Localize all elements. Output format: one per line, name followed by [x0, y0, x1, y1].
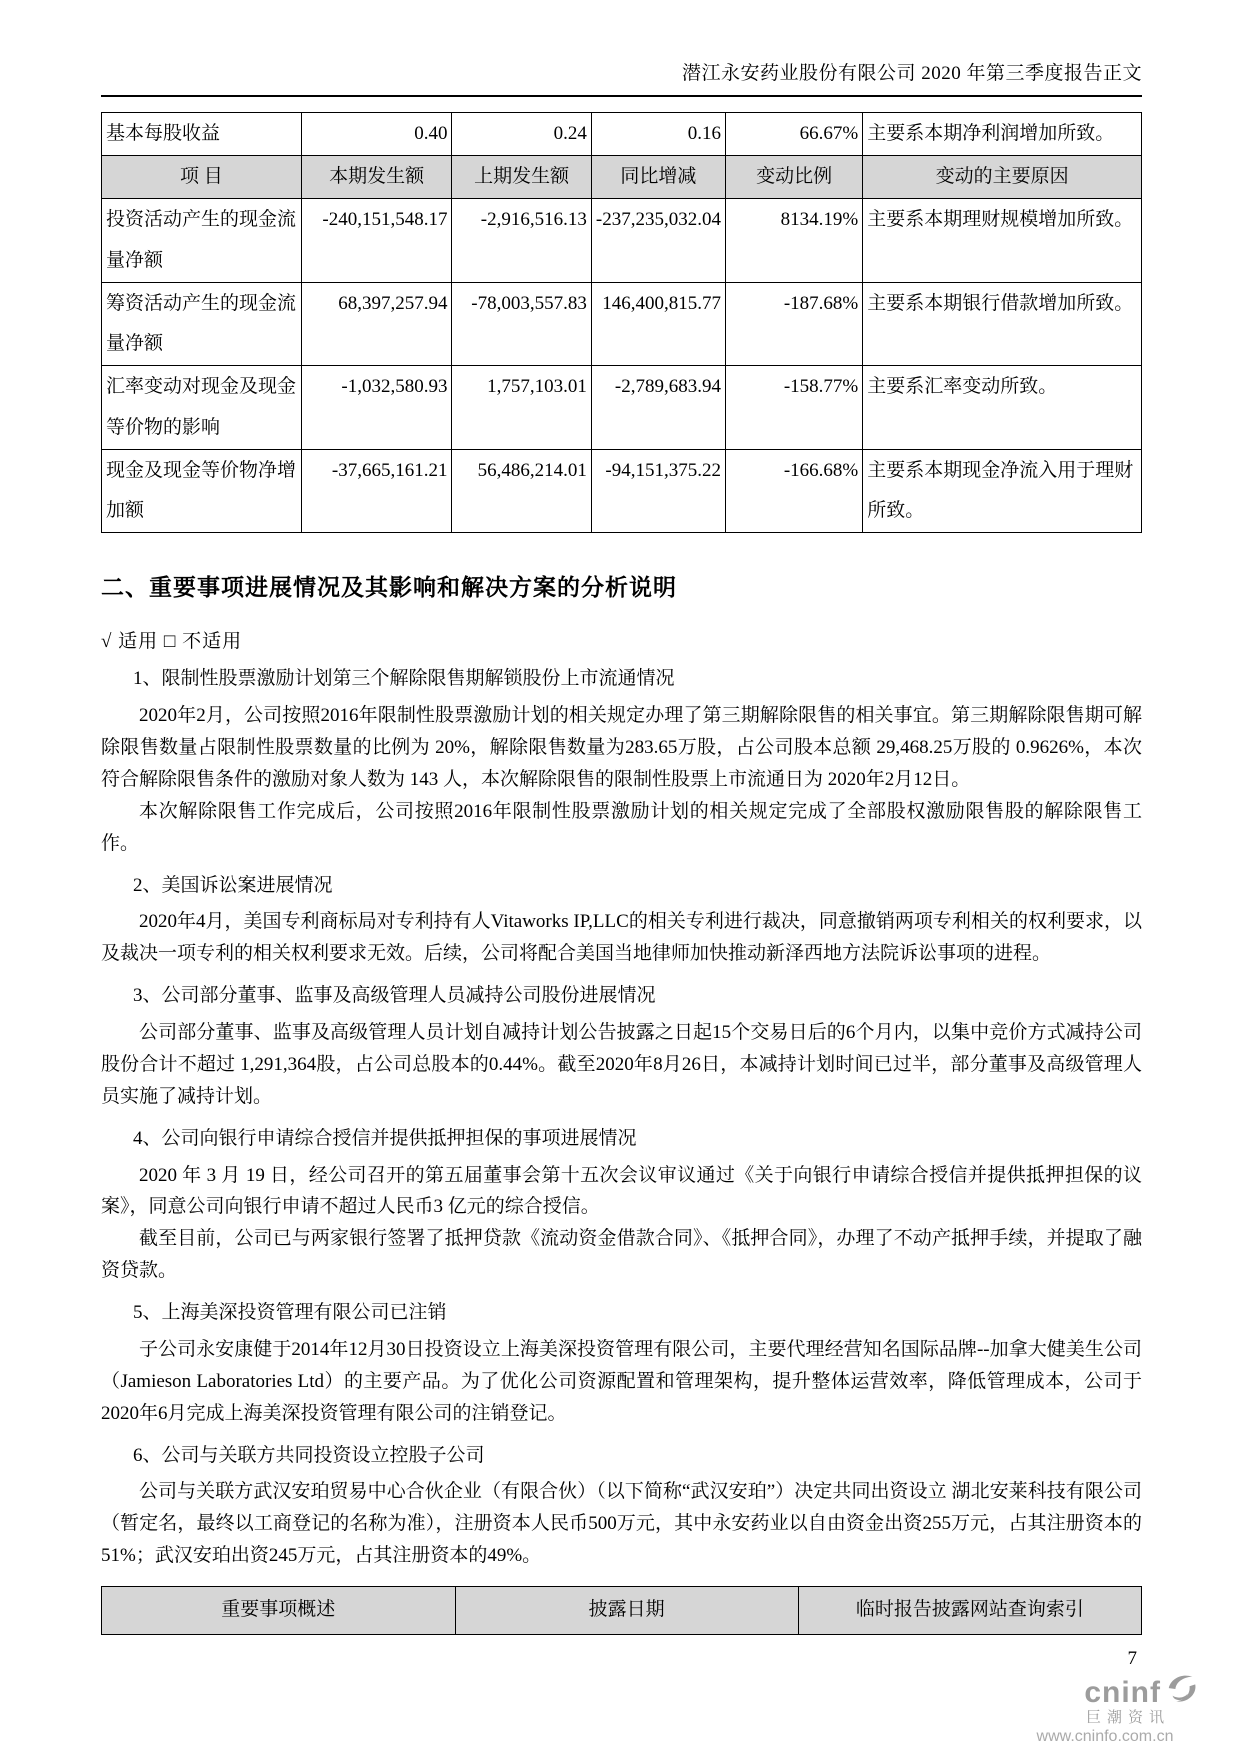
cell-current: -37,665,161.21: [301, 449, 452, 533]
cell-item: 筹资活动产生的现金流量净额: [102, 282, 302, 366]
column-header-change: 同比增减: [591, 156, 725, 199]
cell-prior: 56,486,214.01: [452, 449, 591, 533]
item-3-heading: 3、公司部分董事、监事及高级管理人员减持公司股份进展情况: [133, 981, 1142, 1012]
cell-reason: 主要系本期理财规模增加所致。: [863, 199, 1142, 283]
cell-ratio: -166.68%: [725, 449, 862, 533]
column-header-reason: 变动的主要原因: [863, 156, 1142, 199]
cninfo-watermark: cninf 巨潮资讯 www.cninfo.com.cn: [995, 1673, 1215, 1746]
cell-ratio: -187.68%: [725, 282, 862, 366]
column-header-website-index: 临时报告披露网站查询索引: [798, 1587, 1141, 1635]
column-header-item: 项 目: [102, 156, 302, 199]
section-items: 1、限制性股票激励计划第三个解除限售期解锁股份上市流通情况 2020年2月，公司…: [101, 664, 1142, 1572]
page-header-title: 潜江永安药业股份有限公司 2020 年第三季度报告正文: [101, 58, 1142, 97]
table-row-net-increase-cash: 现金及现金等价物净增加额 -37,665,161.21 56,486,214.0…: [102, 449, 1142, 533]
applicability-line: √ 适用 □ 不适用: [101, 626, 1142, 653]
cell-item: 投资活动产生的现金流量净额: [102, 199, 302, 283]
cninfo-brand-text: cninf: [1084, 1676, 1161, 1709]
cell-current: -240,151,548.17: [301, 199, 452, 283]
item-4-paragraph: 2020 年 3 月 19 日，经公司召开的第五届董事会第十五次会议审议通过《关…: [101, 1160, 1142, 1224]
table-header-row: 重要事项概述 披露日期 临时报告披露网站查询索引: [102, 1587, 1142, 1635]
cell-reason: 主要系本期银行借款增加所致。: [863, 282, 1142, 366]
cninfo-swirl-icon: [1163, 1673, 1201, 1712]
cell-change: 146,400,815.77: [591, 282, 725, 366]
cell-reason: 主要系汇率变动所致。: [863, 366, 1142, 450]
cell-change: 0.16: [591, 113, 725, 156]
column-header-ratio: 变动比例: [725, 156, 862, 199]
cell-current: -1,032,580.93: [301, 366, 452, 450]
item-6-heading: 6、公司与关联方共同投资设立控股子公司: [133, 1441, 1142, 1472]
cell-prior: 1,757,103.01: [452, 366, 591, 450]
table-header-row: 项 目 本期发生额 上期发生额 同比增减 变动比例 变动的主要原因: [102, 156, 1142, 199]
cell-item: 基本每股收益: [102, 113, 302, 156]
important-matters-index-table: 重要事项概述 披露日期 临时报告披露网站查询索引: [101, 1586, 1142, 1635]
item-1-paragraph: 2020年2月，公司按照2016年限制性股票激励计划的相关规定办理了第三期解除限…: [101, 700, 1142, 796]
cell-prior: 0.24: [452, 113, 591, 156]
cell-current: 0.40: [301, 113, 452, 156]
section-heading: 二、重要事项进展情况及其影响和解决方案的分析说明: [101, 569, 1142, 602]
table-row-fx-effect: 汇率变动对现金及现金等价物的影响 -1,032,580.93 1,757,103…: [102, 366, 1142, 450]
item-3-paragraph: 公司部分董事、监事及高级管理人员计划自减持计划公告披露之日起15个交易日后的6个…: [101, 1017, 1142, 1113]
cell-item: 现金及现金等价物净增加额: [102, 449, 302, 533]
column-header-current: 本期发生额: [301, 156, 452, 199]
item-5-heading: 5、上海美深投资管理有限公司已注销: [133, 1298, 1142, 1329]
item-1-heading: 1、限制性股票激励计划第三个解除限售期解锁股份上市流通情况: [133, 664, 1142, 695]
column-header-disclosure-date: 披露日期: [455, 1587, 798, 1635]
cell-ratio: 8134.19%: [725, 199, 862, 283]
cell-ratio: 66.67%: [725, 113, 862, 156]
table-row-financing: 筹资活动产生的现金流量净额 68,397,257.94 -78,003,557.…: [102, 282, 1142, 366]
item-2-heading: 2、美国诉讼案进展情况: [133, 871, 1142, 902]
table-row-eps: 基本每股收益 0.40 0.24 0.16 66.67% 主要系本期净利润增加所…: [102, 113, 1142, 156]
item-5-paragraph: 子公司永安康健于2014年12月30日投资设立上海美深投资管理有限公司，主要代理…: [101, 1334, 1142, 1430]
item-2-paragraph: 2020年4月，美国专利商标局对专利持有人Vitaworks IP,LLC的相关…: [101, 906, 1142, 970]
table-row-investing: 投资活动产生的现金流量净额 -240,151,548.17 -2,916,516…: [102, 199, 1142, 283]
cninfo-chinese-name: 巨潮资讯: [995, 1710, 1215, 1727]
cell-reason: 主要系本期现金净流入用于理财所致。: [863, 449, 1142, 533]
cell-item: 汇率变动对现金及现金等价物的影响: [102, 366, 302, 450]
page-number: 7: [1128, 1648, 1138, 1670]
cninfo-url: www.cninfo.com.cn: [995, 1728, 1215, 1746]
item-6-paragraph: 公司与关联方武汉安珀贸易中心合伙企业（有限合伙）（以下简称“武汉安珀”）决定共同…: [101, 1476, 1142, 1572]
column-header-prior: 上期发生额: [452, 156, 591, 199]
cell-reason: 主要系本期净利润增加所致。: [863, 113, 1142, 156]
item-4-paragraph: 截至目前，公司已与两家银行签署了抵押贷款《流动资金借款合同》、《抵押合同》，办理…: [101, 1223, 1142, 1287]
column-header-matter-summary: 重要事项概述: [102, 1587, 456, 1635]
cell-current: 68,397,257.94: [301, 282, 452, 366]
cell-change: -94,151,375.22: [591, 449, 725, 533]
cell-prior: -78,003,557.83: [452, 282, 591, 366]
cell-change: -2,789,683.94: [591, 366, 725, 450]
cell-prior: -2,916,516.13: [452, 199, 591, 283]
cell-ratio: -158.77%: [725, 366, 862, 450]
item-4-heading: 4、公司向银行申请综合授信并提供抵押担保的事项进展情况: [133, 1124, 1142, 1155]
cell-change: -237,235,032.04: [591, 199, 725, 283]
cash-flow-table: 基本每股收益 0.40 0.24 0.16 66.67% 主要系本期净利润增加所…: [101, 112, 1142, 533]
item-1-paragraph: 本次解除限售工作完成后，公司按照2016年限制性股票激励计划的相关规定完成了全部…: [101, 796, 1142, 860]
report-page: 潜江永安药业股份有限公司 2020 年第三季度报告正文 基本每股收益 0.40 …: [0, 0, 1241, 1754]
